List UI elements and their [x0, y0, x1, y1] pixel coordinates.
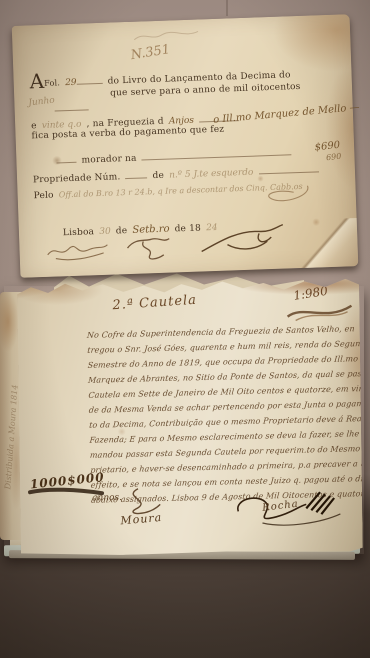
receipt-corner-number: N.351: [130, 42, 171, 63]
folded-corner: [295, 218, 359, 268]
receipt-signature-3: [197, 222, 288, 259]
document-cautela: 2.ª Cautela 1:980 No Cofre da Superinten…: [17, 278, 363, 557]
amount-bottom: 690: [315, 151, 341, 165]
blank-rule: [56, 154, 76, 164]
receipt-signature-1: [45, 237, 110, 265]
cautela-heading: 2.ª Cautela: [112, 293, 197, 314]
photo-of-documents: { "scene": { "description": "Photograph …: [0, 0, 370, 658]
fol-initial: A: [29, 69, 44, 93]
document-decima-receipt: N.351 AFol. 29 do Livro do Lançamento da…: [12, 14, 359, 278]
margin-note: Junho: [28, 96, 55, 109]
fol-label: Fol.: [44, 78, 60, 88]
receipt-signature-2: [123, 232, 174, 264]
fol-value: 29: [65, 78, 77, 88]
cautela-corner-flourish: [285, 296, 355, 323]
blank-rule: [76, 75, 102, 85]
blank-rule: [258, 163, 318, 174]
blank-rule: [125, 169, 147, 179]
pelo-label: Pelo: [33, 191, 53, 202]
margin-rule: [54, 101, 88, 111]
line3-start: e: [31, 121, 37, 131]
signature-center-name: Moura: [120, 511, 163, 527]
cautela-body-text: No Cofre da Superintendencia da Freguezi…: [87, 321, 357, 507]
faint-top-scribble: [132, 27, 202, 43]
date-day: 30: [99, 227, 111, 237]
background-seam: [226, 0, 228, 16]
amount-block: $690 690: [314, 140, 342, 165]
pelo-flourish: [253, 182, 314, 206]
